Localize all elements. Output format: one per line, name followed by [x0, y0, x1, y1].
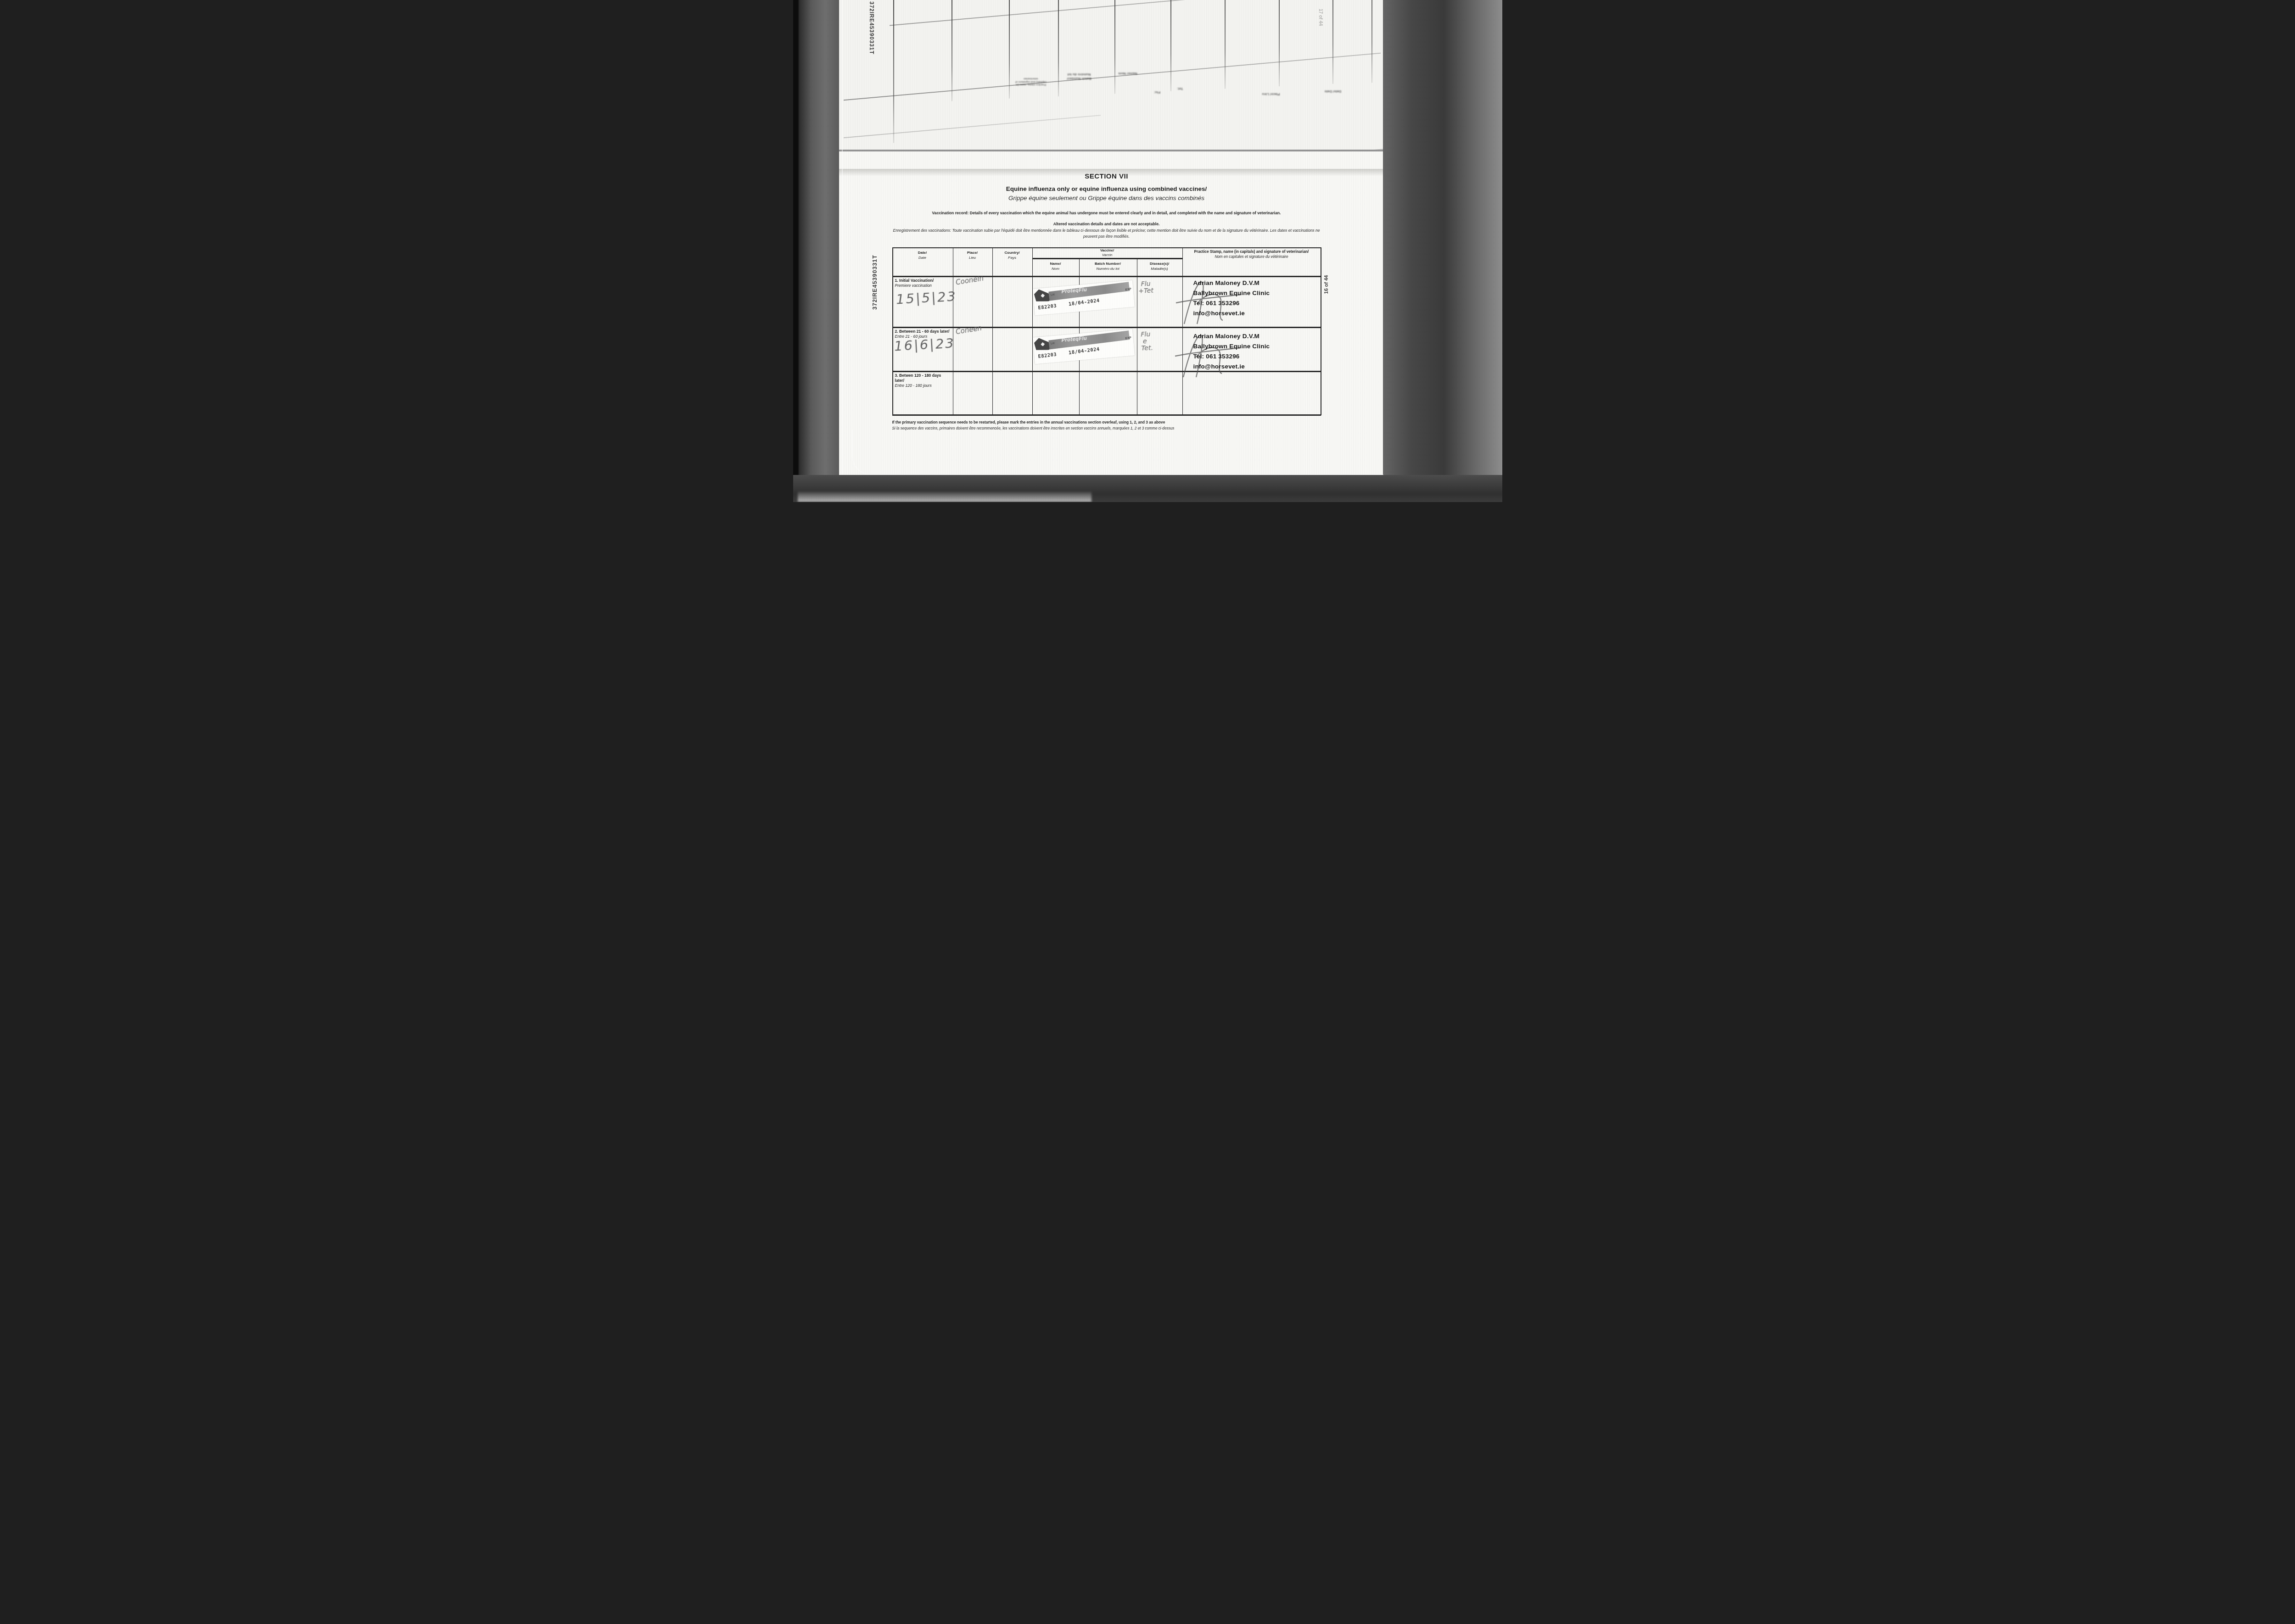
instructions-english-2: Altered vaccination details and dates ar…	[892, 221, 1321, 227]
booklet-code-top: 372IRE45390331T	[868, 1, 875, 55]
header-date: Date/ Date	[892, 251, 953, 260]
booklet-code: 372IRE45390331T	[872, 255, 878, 310]
facing-header-batch: Batch Number/ Numéro du lot	[1060, 73, 1098, 80]
header-country: Country/ Pays	[992, 251, 1032, 260]
facing-page-number: 17 of 44	[1318, 9, 1323, 26]
scanner-background-right	[1372, 0, 1502, 502]
row2-vaccine-sticker: Lot ProteqFlu EXP E8220318/04-2024	[1032, 329, 1134, 364]
batch-number-2: E82203	[1037, 352, 1057, 359]
section-heading: SECTION VII	[892, 173, 1321, 180]
row2-practice-stamp: Adrian Maloney D.V.M Ballybrown Equine C…	[1193, 331, 1327, 372]
expiry-date-2: 18/04-2024	[1068, 346, 1100, 356]
facing-header-flu: Flu:	[1150, 90, 1164, 94]
row2-place-handwritten: Coneen	[955, 324, 982, 336]
header-vaccine: Vaccine/ Vaccin	[1032, 248, 1182, 257]
header-stamp: Practice Stamp, name (in capitals) and s…	[1184, 250, 1319, 259]
scanner-background-left	[793, 0, 843, 502]
header-place: Place/ Lieu	[953, 251, 992, 260]
header-name: Name/ Nom	[1032, 262, 1079, 271]
instructions-french: Enregistrement des vaccinations: Toute v…	[887, 228, 1327, 239]
scanner-edge-glow	[798, 492, 1092, 502]
facing-header-tet: Tet:	[1173, 86, 1187, 90]
sticker-exp-label-2: EXP	[1125, 336, 1131, 340]
footnote-english: If the primary vaccination sequence need…	[892, 420, 1241, 424]
facing-page-table-lines	[839, 0, 1383, 152]
sticker-lot-label: Lot	[1050, 293, 1054, 296]
facing-header-name: Name/ Nom	[1114, 71, 1142, 75]
title-english: Equine influenza only or equine influenz…	[892, 185, 1321, 192]
facing-page-upside-down: Practice stamp, name (in capitals) and s…	[839, 0, 1383, 152]
title-french: Grippe équine seulement ou Grippe équine…	[892, 195, 1321, 201]
row1-vaccine-sticker: Lot ProteqFlu EXP E8220318/04-2024	[1032, 280, 1134, 316]
header-batch: Batch Number/ Numéro du lot	[1079, 262, 1137, 271]
page-left-edge-highlight	[842, 0, 843, 475]
plastic-sleeve-edge	[852, 430, 1383, 475]
row3-label: 3. Betwen 120 - 180 days later/ Entre 12…	[895, 373, 951, 388]
row1-practice-stamp: Adrian Maloney D.V.M Ballybrown Equine C…	[1193, 278, 1327, 318]
row1-disease-handwritten: Flu +Tet	[1141, 281, 1153, 295]
header-disease: Disease(s)/ Maladie(s)	[1137, 262, 1182, 271]
facing-header-date: Date/ Date	[1322, 89, 1344, 93]
instructions-english: Vaccination record: Details of every vac…	[890, 210, 1324, 216]
sticker-exp-label: EXP	[1125, 287, 1131, 291]
facing-header-place: Place/ Lieu	[1257, 92, 1285, 96]
expiry-date: 18/04-2024	[1068, 298, 1100, 307]
sticker-lot-label-2: Lot	[1050, 342, 1054, 345]
scanned-passport-page: Practice stamp, name (in capitals) and s…	[793, 0, 1502, 502]
facing-header-stamp: Practice stamp, name (in capitals) and s…	[1014, 77, 1047, 86]
row2-date-handwritten: 16|6|23	[894, 335, 955, 354]
section-vii-page: 372IRE45390331T 16 of 44 SECTION VII Equ…	[839, 151, 1383, 475]
row1-date-handwritten: 15|5|23	[896, 289, 957, 307]
row1-label: 1. Initial Vaccination/ Premiere vaccina…	[895, 278, 951, 288]
batch-number: E82203	[1037, 303, 1057, 311]
row2-disease-handwritten: Flu e Tet.	[1141, 331, 1153, 352]
